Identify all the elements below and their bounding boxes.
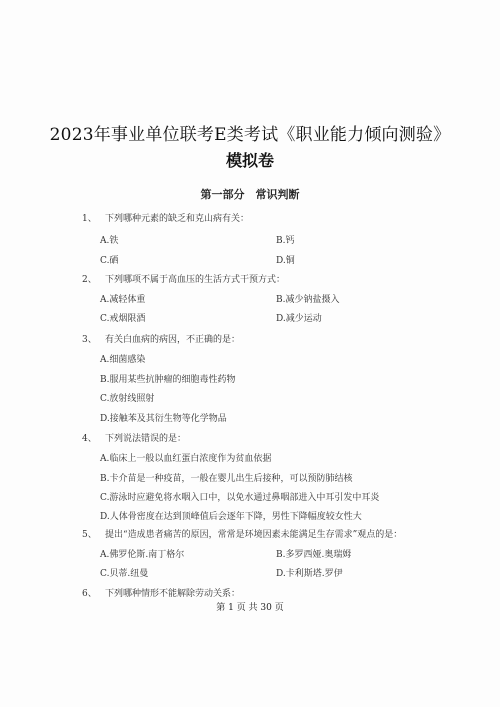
question-6: 6、下列哪种情形不能解除劳动关系： <box>82 586 240 599</box>
section-heading: 第一部分 常识判断 <box>0 186 500 202</box>
option-b: B.减少钠盐摄入 <box>276 292 339 305</box>
option-a: A.细菌感染 <box>100 352 145 365</box>
question-number: 3、 <box>82 332 105 345</box>
option-a: A.临床上一般以血红蛋白浓度作为贫血依据 <box>100 451 271 464</box>
option-d: D.接触苯及其衍生物等化学物品 <box>100 411 227 424</box>
question-1: 1、下列哪种元素的缺乏和克山病有关： <box>82 211 249 224</box>
option-c: C.游泳时应避免将水咽入口中，以免水通过鼻咽部进入中耳引发中耳炎 <box>100 490 379 503</box>
option-d: D.减少运动 <box>276 311 322 324</box>
page-footer: 第 1 页 共 30 页 <box>0 600 500 613</box>
question-text: 提出“造成患者痛苦的原因，常常是环境因素未能满足生存需求”观点的是： <box>105 530 402 540</box>
question-number: 1、 <box>82 211 105 224</box>
question-5: 5、提出“造成患者痛苦的原因，常常是环境因素未能满足生存需求”观点的是： <box>82 527 402 540</box>
option-b: B.钙 <box>276 233 294 246</box>
question-3: 3、有关白血病的病因，不正确的是： <box>82 332 240 345</box>
document-title: 2023年事业单位联考E类考试《职业能力倾向测验》 <box>0 120 500 145</box>
option-a: A.铁 <box>100 233 118 246</box>
question-number: 2、 <box>82 272 105 285</box>
question-number: 4、 <box>82 431 105 444</box>
option-c: C.硒 <box>100 253 118 266</box>
question-2: 2、下列哪项不属于高血压的生活方式干预方式： <box>82 272 285 285</box>
question-number: 5、 <box>82 527 105 540</box>
option-b: B.服用某些抗肿瘤的细胞毒性药物 <box>100 372 235 385</box>
document-subtitle: 模拟卷 <box>0 148 500 171</box>
question-4: 4、下列说法错误的是： <box>82 431 186 444</box>
option-a: A.佛罗伦斯.南丁格尔 <box>100 547 184 560</box>
question-text: 下列哪种元素的缺乏和克山病有关： <box>105 214 249 224</box>
question-text: 有关白血病的病因，不正确的是： <box>105 335 240 345</box>
option-d: D.人体骨密度在达到顶峰值后会逐年下降，男性下降幅度较女性大 <box>100 509 362 522</box>
option-d: D.卡利斯塔.罗伊 <box>276 566 343 579</box>
question-text: 下列说法错误的是： <box>105 434 186 444</box>
option-c: C.贝蒂.纽曼 <box>100 566 148 579</box>
option-b: B.卡介苗是一种疫苗，一般在婴儿出生后接种，可以预防肺结核 <box>100 471 352 484</box>
question-number: 6、 <box>82 586 105 599</box>
question-text: 下列哪种情形不能解除劳动关系： <box>105 589 240 599</box>
question-text: 下列哪项不属于高血压的生活方式干预方式： <box>105 275 285 285</box>
option-a: A.减轻体重 <box>100 292 145 305</box>
option-d: D.铜 <box>276 253 295 266</box>
option-c: C.放射线照射 <box>100 391 154 404</box>
option-b: B.多罗西娅.奥瑞姆 <box>276 547 351 560</box>
option-c: C.戒烟限酒 <box>100 311 145 324</box>
